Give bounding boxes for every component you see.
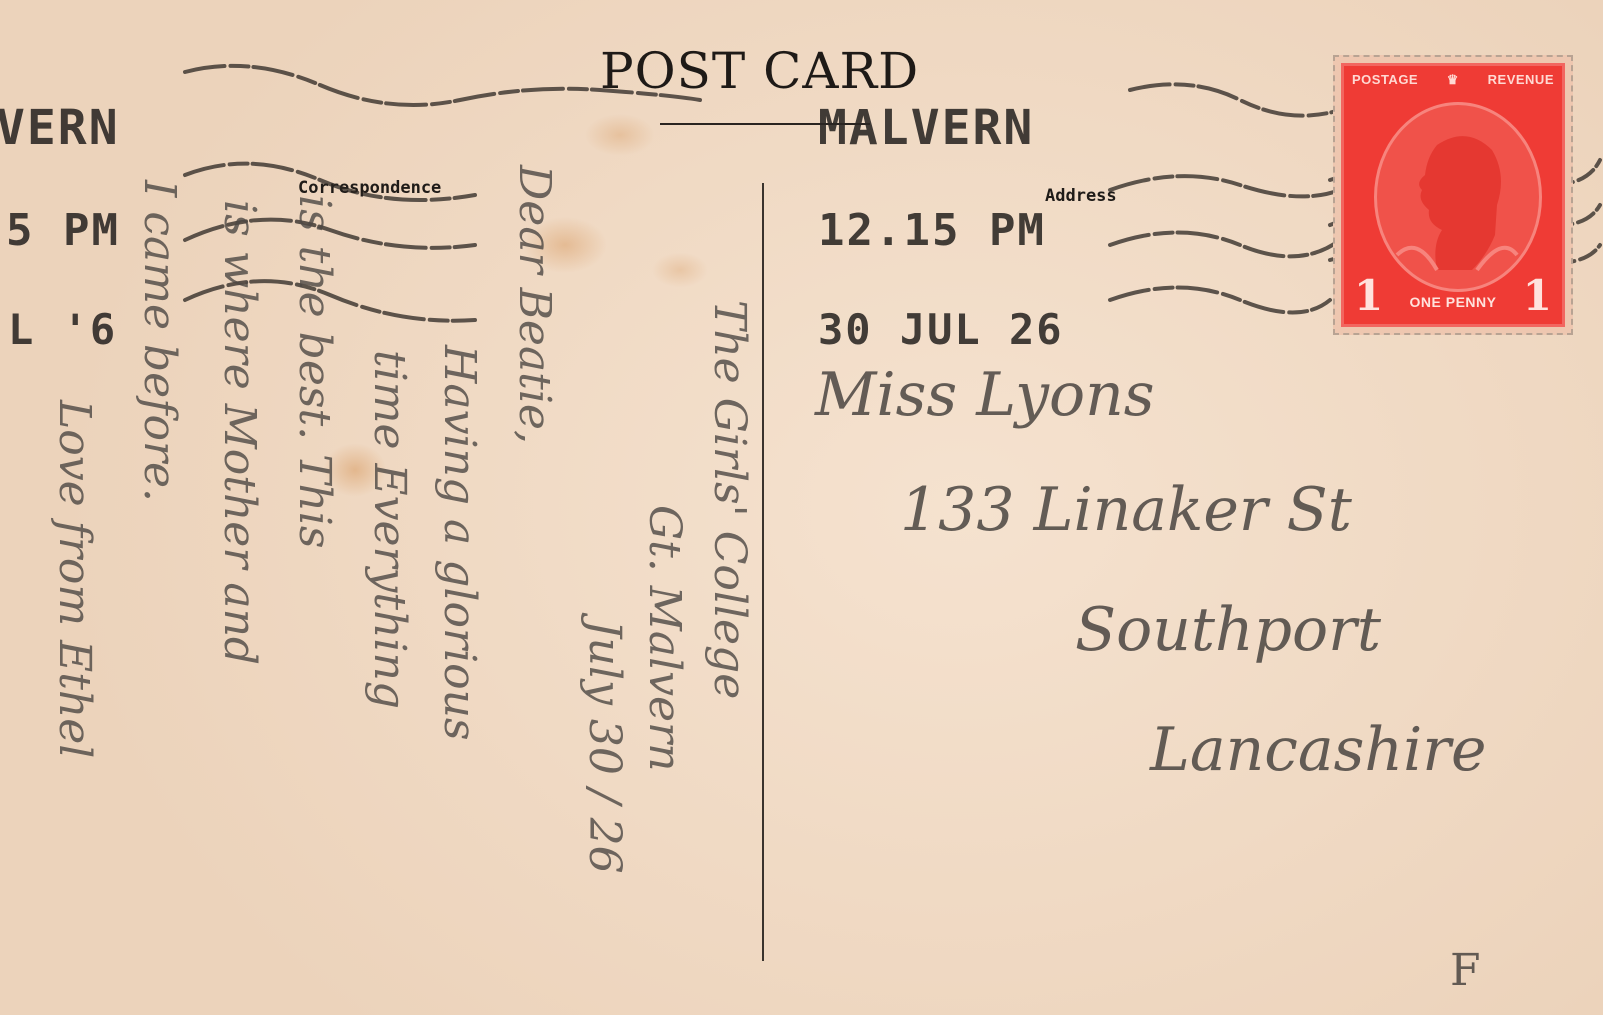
message-line: I came before. [134, 180, 185, 502]
message-line: time Everything [364, 350, 415, 709]
address-label: Address [1045, 186, 1117, 206]
message-line: is where Mother and [214, 200, 265, 665]
message-line: Gt. Malvern [639, 505, 690, 771]
partial-postmark-time: 5 PM [6, 205, 120, 256]
stamp-value-left: 1 [1354, 276, 1383, 316]
message-line: Dear Beatie, [509, 165, 560, 444]
king-portrait-icon [1374, 102, 1542, 292]
address-line-town: Southport [1075, 595, 1381, 665]
message-line: July 30 / 26 [579, 620, 630, 874]
postmark-date: 30 JUL 26 [818, 305, 1064, 354]
postage-stamp: POSTAGE ♛ REVENUE 1 ONE PENNY 1 [1333, 55, 1573, 335]
stamp-face: POSTAGE ♛ REVENUE 1 ONE PENNY 1 [1341, 63, 1565, 327]
stamp-postage-text: POSTAGE [1352, 72, 1418, 88]
corner-mark: F [1450, 945, 1481, 996]
address-line-street: 133 Linaker St [900, 475, 1352, 545]
partial-postmark-town: VERN [0, 100, 120, 156]
address-line-county: Lancashire [1150, 715, 1486, 785]
message-line: Love from Ethel [49, 400, 100, 758]
stamp-revenue-text: REVENUE [1488, 72, 1554, 88]
postcard-back: POST CARD Correspondence Address MALVERN… [0, 0, 1603, 1015]
center-divider [762, 183, 764, 961]
postmark-town: MALVERN [818, 100, 1034, 156]
crown-icon: ♛ [1447, 72, 1459, 88]
address-line-name: Miss Lyons [815, 360, 1155, 430]
postcard-heading: POST CARD [600, 42, 919, 100]
message-line: is the best. This [289, 195, 340, 548]
stamp-denomination: ONE PENNY [1410, 294, 1497, 310]
postmark-time: 12.15 PM [818, 205, 1046, 256]
stamp-value-right: 1 [1523, 276, 1552, 316]
message-line: Having a glorious [434, 345, 485, 740]
partial-postmark-date: L '6 [8, 305, 117, 354]
message-line: The Girls' College [704, 300, 755, 699]
